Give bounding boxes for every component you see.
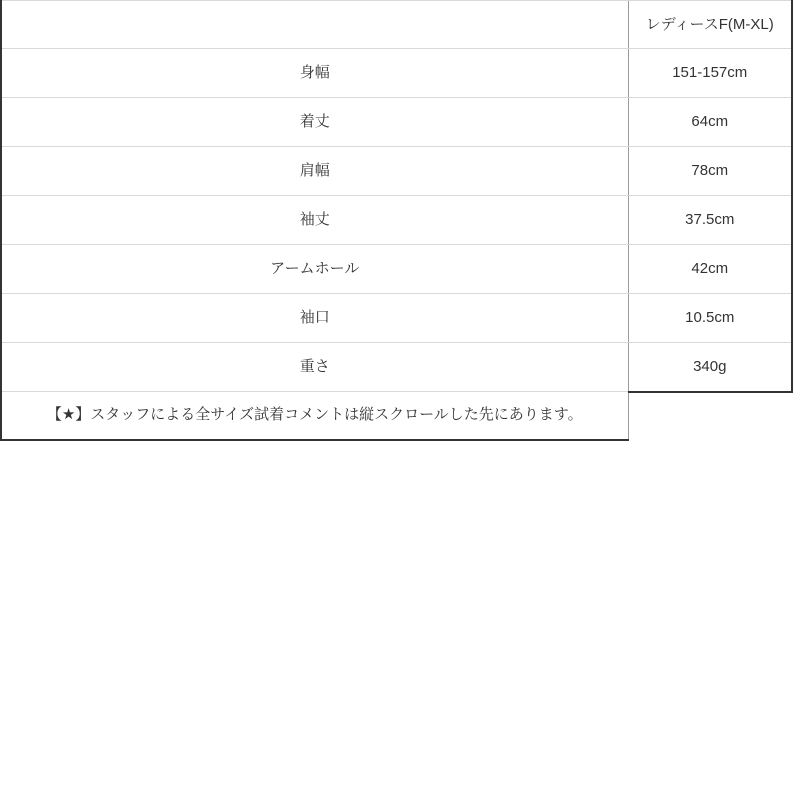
empty-footer-area: [628, 392, 792, 440]
measure-label: 重さ: [1, 343, 628, 392]
size-chart-header-row: レディースF(M-XL): [1, 1, 792, 49]
size-row-miha: 身幅 151-157cm: [1, 49, 792, 98]
page-canvas: レディースF(M-XL) 身幅 151-157cm 着丈 64cm 肩幅 78c…: [0, 0, 800, 800]
fitting-note: 【★】スタッフによる全サイズ試着コメントは縦スクロールした先にあります。: [1, 392, 628, 440]
measure-label: 肩幅: [1, 147, 628, 196]
size-row-armhole: アームホール 42cm: [1, 245, 792, 294]
size-chart-table: レディースF(M-XL) 身幅 151-157cm 着丈 64cm 肩幅 78c…: [0, 0, 793, 441]
measure-value: 151-157cm: [628, 49, 792, 98]
measure-label: アームホール: [1, 245, 628, 294]
size-row-katahaba: 肩幅 78cm: [1, 147, 792, 196]
measure-label: 袖丈: [1, 196, 628, 245]
measure-value: 42cm: [628, 245, 792, 294]
measure-value: 340g: [628, 343, 792, 392]
size-row-sodetake: 袖丈 37.5cm: [1, 196, 792, 245]
measure-label: 身幅: [1, 49, 628, 98]
size-row-sodeguchi: 袖口 10.5cm: [1, 294, 792, 343]
size-row-omosa: 重さ 340g: [1, 343, 792, 392]
size-column-header: レディースF(M-XL): [628, 1, 792, 49]
measure-label: 袖口: [1, 294, 628, 343]
empty-header-cell: [1, 1, 628, 49]
measure-value: 37.5cm: [628, 196, 792, 245]
measure-value: 64cm: [628, 98, 792, 147]
measure-label: 着丈: [1, 98, 628, 147]
size-row-kitake: 着丈 64cm: [1, 98, 792, 147]
measure-value: 78cm: [628, 147, 792, 196]
size-chart-footer-row: 【★】スタッフによる全サイズ試着コメントは縦スクロールした先にあります。: [1, 392, 792, 440]
measure-value: 10.5cm: [628, 294, 792, 343]
